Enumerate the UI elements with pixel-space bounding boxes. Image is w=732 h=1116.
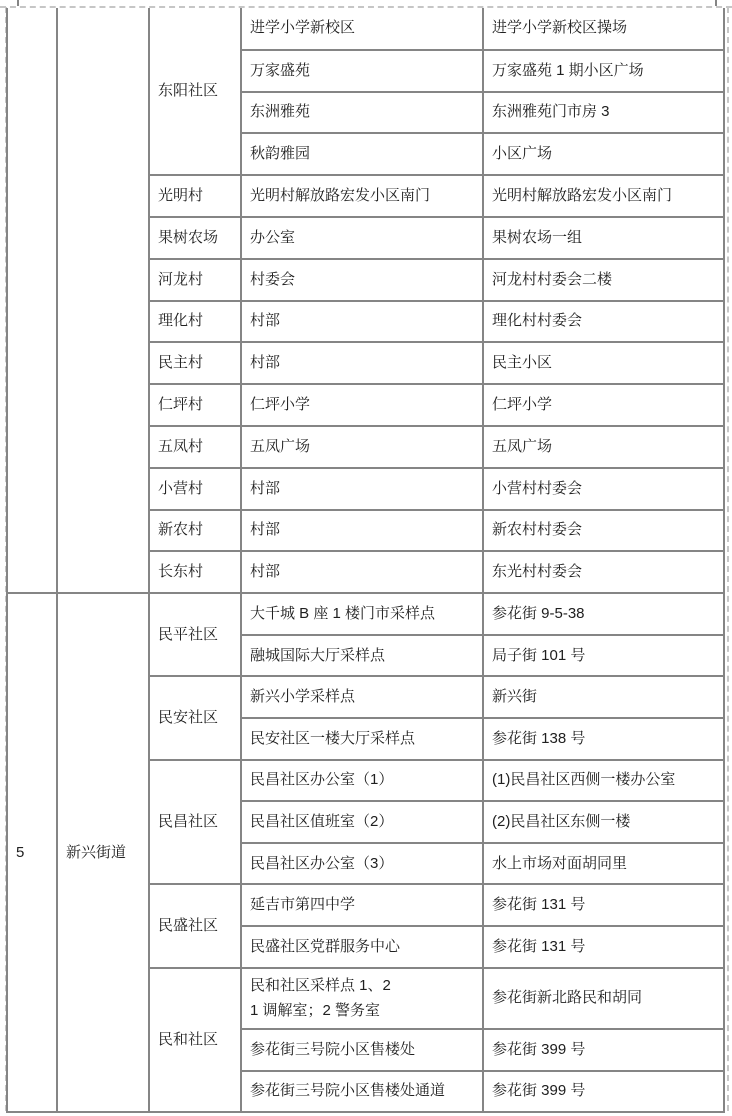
point-cell: 村部 [241, 301, 483, 343]
address-cell: 参花街 9-5-38 [483, 593, 724, 635]
point-cell: 进学小学新校区 [241, 8, 483, 50]
point-cell: 民昌社区值班室（2） [241, 801, 483, 843]
point-cell: 村委会 [241, 259, 483, 301]
community-cell: 新农村 [149, 510, 241, 552]
point-cell: 参花街三号院小区售楼处 [241, 1029, 483, 1071]
address-cell: 新农村村委会 [483, 510, 724, 552]
address-cell: 仁坪小学 [483, 384, 724, 426]
community-cell: 民昌社区 [149, 760, 241, 885]
address-cell: 新兴街 [483, 676, 724, 718]
address-cell: 东光村村委会 [483, 551, 724, 593]
address-cell: (2)民昌社区东侧一楼 [483, 801, 724, 843]
address-cell: 局子街 101 号 [483, 635, 724, 677]
address-cell: 参花街 138 号 [483, 718, 724, 760]
address-cell: 参花街 399 号 [483, 1071, 724, 1113]
address-cell: 河龙村村委会二楼 [483, 259, 724, 301]
community-cell: 民安社区 [149, 676, 241, 759]
point-line-2: 1 调解室；2 警务室 [250, 998, 478, 1023]
point-cell: 民昌社区办公室（1） [241, 760, 483, 802]
street-cell [57, 8, 149, 593]
community-cell: 仁坪村 [149, 384, 241, 426]
point-cell: 参花街三号院小区售楼处通道 [241, 1071, 483, 1113]
address-cell: 水上市场对面胡同里 [483, 843, 724, 885]
address-cell: 进学小学新校区操场 [483, 8, 724, 50]
point-cell: 村部 [241, 468, 483, 510]
point-cell: 光明村解放路宏发小区南门 [241, 175, 483, 217]
document-page: 东阳社区 进学小学新校区 进学小学新校区操场 万家盛苑 万家盛苑 1 期小区广场… [0, 0, 732, 1116]
community-cell: 光明村 [149, 175, 241, 217]
address-cell: 参花街新北路民和胡同 [483, 968, 724, 1030]
address-cell: 果树农场一组 [483, 217, 724, 259]
address-cell: 万家盛苑 1 期小区广场 [483, 50, 724, 92]
point-cell: 民安社区一楼大厅采样点 [241, 718, 483, 760]
point-cell: 民昌社区办公室（3） [241, 843, 483, 885]
address-cell: 参花街 131 号 [483, 884, 724, 926]
community-cell: 小营村 [149, 468, 241, 510]
point-cell: 仁坪小学 [241, 384, 483, 426]
point-cell: 新兴小学采样点 [241, 676, 483, 718]
point-cell: 万家盛苑 [241, 50, 483, 92]
community-cell: 民和社区 [149, 968, 241, 1113]
point-cell: 村部 [241, 342, 483, 384]
address-cell: 参花街 131 号 [483, 926, 724, 968]
community-cell: 理化村 [149, 301, 241, 343]
point-cell: 大千城 B 座 1 楼门市采样点 [241, 593, 483, 635]
point-cell: 村部 [241, 551, 483, 593]
point-cell: 民盛社区党群服务中心 [241, 926, 483, 968]
address-cell: 东洲雅苑门市房 3 [483, 92, 724, 134]
address-cell: (1)民昌社区西侧一楼办公室 [483, 760, 724, 802]
table-row: 东阳社区 进学小学新校区 进学小学新校区操场 [7, 8, 724, 50]
point-cell: 东洲雅苑 [241, 92, 483, 134]
address-cell: 小营村村委会 [483, 468, 724, 510]
community-cell: 五凤村 [149, 426, 241, 468]
community-cell: 民主村 [149, 342, 241, 384]
point-cell: 办公室 [241, 217, 483, 259]
address-cell: 小区广场 [483, 133, 724, 175]
address-cell: 五凤广场 [483, 426, 724, 468]
community-cell: 河龙村 [149, 259, 241, 301]
address-cell: 理化村村委会 [483, 301, 724, 343]
address-cell: 民主小区 [483, 342, 724, 384]
street-cell: 新兴街道 [57, 593, 149, 1112]
point-cell: 秋韵雅园 [241, 133, 483, 175]
address-cell: 参花街 399 号 [483, 1029, 724, 1071]
point-cell: 融城国际大厅采样点 [241, 635, 483, 677]
community-cell: 长东村 [149, 551, 241, 593]
seq-cell: 5 [7, 593, 57, 1112]
point-cell: 村部 [241, 510, 483, 552]
seq-cell [7, 8, 57, 593]
community-cell: 东阳社区 [149, 8, 241, 175]
point-cell: 延吉市第四中学 [241, 884, 483, 926]
community-cell: 民盛社区 [149, 884, 241, 967]
community-cell: 果树农场 [149, 217, 241, 259]
page-boundary-right [727, 7, 729, 1111]
table-row: 5 新兴街道 民平社区 大千城 B 座 1 楼门市采样点 参花街 9-5-38 [7, 593, 724, 635]
community-cell: 民平社区 [149, 593, 241, 676]
point-line-1: 民和社区采样点 1、2 [250, 973, 478, 998]
point-cell: 民和社区采样点 1、2 1 调解室；2 警务室 [241, 968, 483, 1030]
point-cell: 五凤广场 [241, 426, 483, 468]
address-cell: 光明村解放路宏发小区南门 [483, 175, 724, 217]
sampling-points-table: 东阳社区 进学小学新校区 进学小学新校区操场 万家盛苑 万家盛苑 1 期小区广场… [6, 8, 725, 1113]
